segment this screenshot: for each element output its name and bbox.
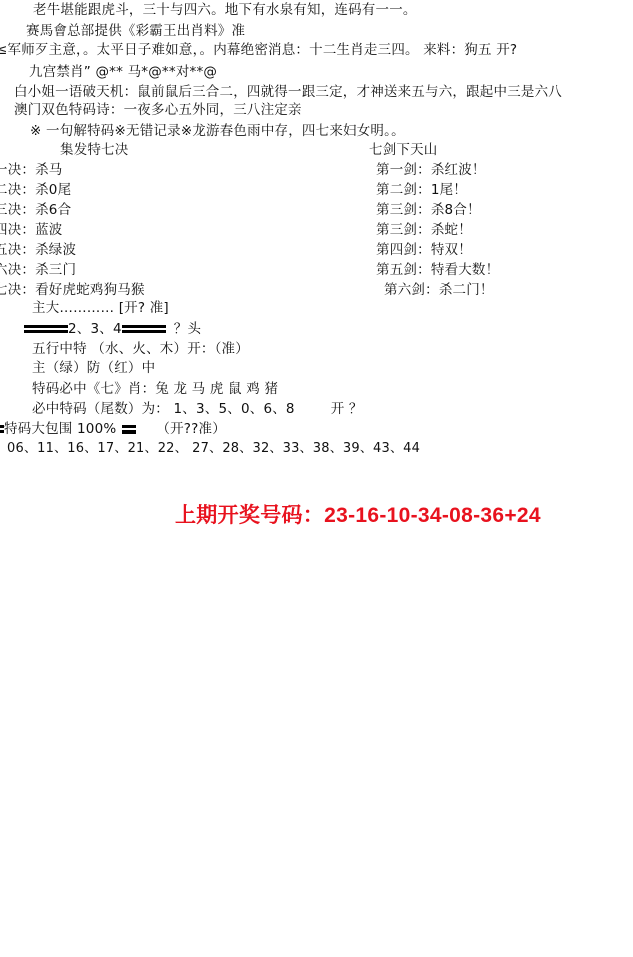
right-item-label: 第四剑：: [376, 242, 431, 258]
last-draw-label: 上期开奖号码：: [175, 504, 324, 527]
color-line: 主（绿）防（红）中: [32, 359, 155, 377]
left-section-title: 集发特七决: [60, 141, 129, 159]
intro-line-3: ≤军师歹主意，。太平日子难如意，。内幕绝密消息：十二生肖走三四。 来料：狗五 开…: [0, 41, 517, 59]
right-item-value: 特看大数！: [431, 262, 500, 278]
last-draw-numbers: 23-16-10-34-08-36+24: [324, 504, 541, 527]
intro-line-3-prefix: ≤: [0, 42, 8, 58]
right-item: 第四剑：特双！: [376, 241, 472, 259]
tail-line: 必中特码（尾数）为： 1、3、5、0、6、8开 ？: [32, 400, 363, 418]
intro-line-1: 老牛堪能跟虎斗，三十与四六。地下有水泉有知，连码有一一。: [33, 1, 417, 19]
surround-numbers: 06、11、16、17、21、22、 27、28、32、33、38、39、43、…: [7, 440, 420, 458]
heads-line: 2、3、4？头: [24, 320, 201, 338]
five-elements-line: 五行中特 （水、火、木）开：（准）: [32, 340, 249, 358]
left-item-label: 三决：: [0, 202, 35, 218]
right-item-value: 杀8合！: [431, 202, 481, 218]
tail-text: 必中特码（尾数）为： 1、3、5、0、6、8: [32, 401, 295, 417]
right-item: 第六剑：杀二门！: [384, 281, 494, 299]
left-item-label: 六决：: [0, 262, 35, 278]
left-item-value: 杀6合: [35, 202, 71, 218]
heads-numbers: 2、3、4: [68, 321, 122, 337]
right-item: 第一剑：杀红波！: [376, 161, 486, 179]
intro-line-6: 澳门双色特码诗：一夜多心五外同，三八注定亲: [14, 101, 302, 119]
black-bar-decoration: [122, 425, 136, 434]
left-item-value: 杀三门: [35, 262, 76, 278]
left-item-value: 蓝波: [35, 222, 62, 238]
right-item-label: 第三剑：: [376, 222, 431, 238]
surround-title: 特码大包围 100%: [4, 421, 116, 437]
black-bar-decoration: [24, 325, 68, 333]
tail-open: 开 ？: [331, 401, 363, 417]
right-item-value: 杀红波！: [431, 162, 486, 178]
left-item-label: 五决：: [0, 242, 35, 258]
zodiac-line: 特码必中《七》肖：兔 龙 马 虎 鼠 鸡 猪: [32, 380, 278, 398]
intro-line-3-text: 军师歹主意，。太平日子难如意，。内幕绝密消息：十二生肖走三四。 来料：狗五 开?: [8, 42, 518, 58]
left-item-value: 杀0尾: [35, 182, 71, 198]
left-item: 四决：蓝波: [0, 221, 63, 239]
left-item: 三决：杀6合: [0, 201, 71, 219]
black-bar-decoration: [0, 425, 4, 433]
left-item-value: 杀马: [35, 162, 62, 178]
surround-note: （开??准）: [156, 421, 226, 437]
right-section-title: 七剑下天山: [369, 141, 438, 159]
right-item-value: 杀蛇！: [431, 222, 472, 238]
intro-line-7: ※ 一句解特码※无错记录※龙游春色雨中存，四七来妇女明。。: [30, 122, 405, 140]
intro-line-4: 九宫禁肖” @** 马*@**对**@: [29, 63, 217, 81]
black-bar-decoration: [122, 325, 166, 333]
left-item-value: 看好虎蛇鸡狗马猴: [35, 282, 145, 298]
left-item-label: 二决：: [0, 182, 35, 198]
left-item: 六决：杀三门: [0, 261, 76, 279]
right-item-label: 第三剑：: [376, 202, 431, 218]
left-item-label: 一决：: [0, 162, 35, 178]
surround-line: 特码大包围 100%（开??准）: [0, 420, 226, 438]
main-big-line: 主大………… [开? 准]: [32, 299, 169, 317]
right-item-label: 第二剑：: [376, 182, 431, 198]
left-item: 五决：杀绿波: [0, 241, 76, 259]
right-item: 第二剑：1尾！: [376, 181, 467, 199]
right-item-value: 1尾！: [431, 182, 467, 198]
left-item-label: 七决：: [0, 282, 35, 298]
right-item: 第五剑：特看大数！: [376, 261, 499, 279]
right-item: 第三剑：杀8合！: [376, 201, 481, 219]
left-item-label: 四决：: [0, 222, 35, 238]
heads-suffix: ？头: [174, 321, 201, 337]
right-item-value: 杀二门！: [439, 282, 494, 298]
intro-line-5: 白小姐一语破天机：鼠前鼠后三合二，四就得一跟三定，才神送来五与六，跟起中三是六八: [14, 83, 562, 101]
left-item-value: 杀绿波: [35, 242, 76, 258]
right-item-label: 第五剑：: [376, 262, 431, 278]
intro-line-2: 赛馬會总部提供《彩霸王出肖料》准: [26, 22, 245, 40]
right-item-value: 特双！: [431, 242, 472, 258]
right-item-label: 第六剑：: [384, 282, 439, 298]
left-item: 二决：杀0尾: [0, 181, 71, 199]
right-item: 第三剑：杀蛇！: [376, 221, 472, 239]
right-item-label: 第一剑：: [376, 162, 431, 178]
left-item: 一决：杀马: [0, 161, 63, 179]
left-item: 七决：看好虎蛇鸡狗马猴: [0, 281, 145, 299]
last-draw-result: 上期开奖号码：23-16-10-34-08-36+24: [175, 499, 541, 529]
